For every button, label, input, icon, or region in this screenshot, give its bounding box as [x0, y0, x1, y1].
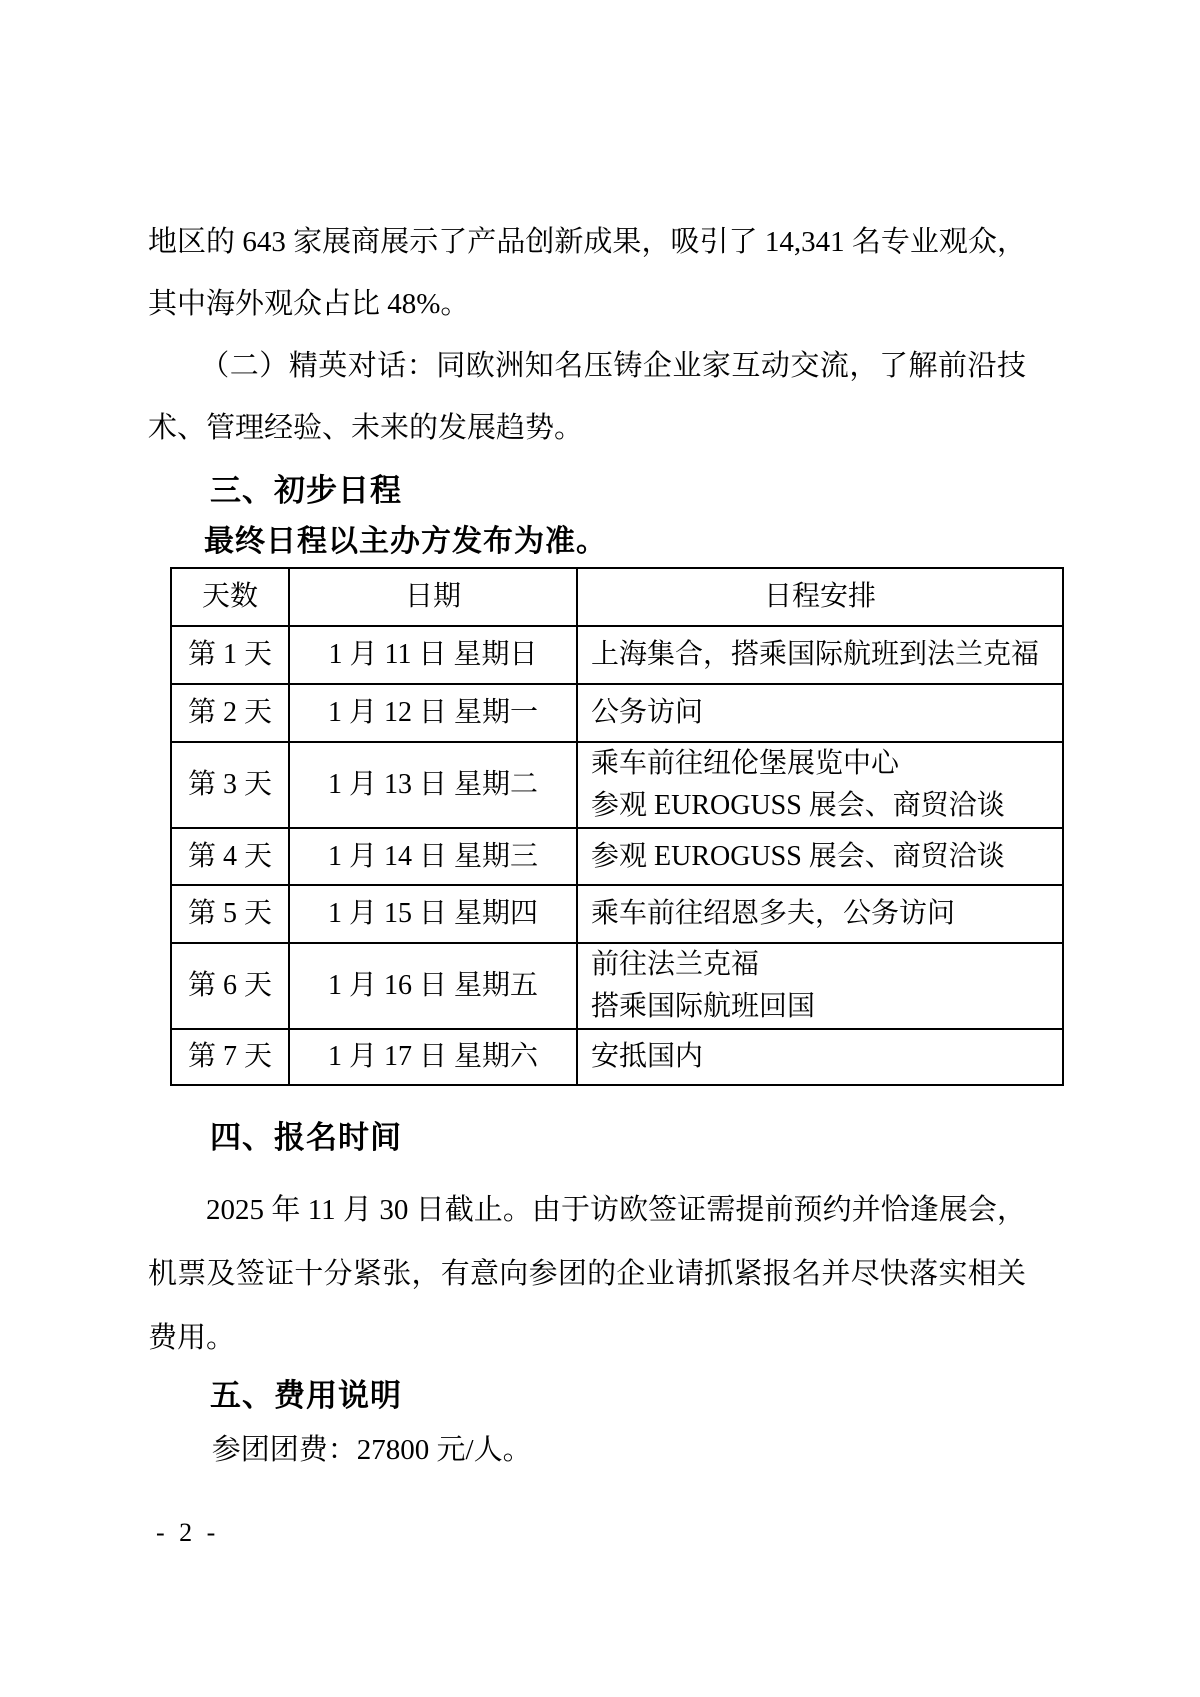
plan-line: 参观 EUROGUSS 展会、商贸洽谈	[591, 785, 1056, 827]
day-cell: 第 5 天	[171, 885, 289, 943]
date-cell: 1 月 16 日 星期五	[289, 943, 577, 1029]
table-row: 第 2 天 1 月 12 日 星期一 公务访问	[171, 684, 1063, 742]
table-row: 第 5 天 1 月 15 日 星期四 乘车前往绍恩多夫，公务访问	[171, 885, 1063, 943]
plan-cell: 公务访问	[577, 684, 1063, 742]
section5-fee: 参团团费：27800 元/人。	[148, 1422, 1026, 1478]
table-header-row: 天数 日期 日程安排	[171, 568, 1063, 626]
plan-line: 公务访问	[591, 692, 1056, 734]
plan-line: 前往法兰克福	[591, 944, 1056, 986]
date-cell: 1 月 12 日 星期一	[289, 684, 577, 742]
section3-title: 三、初步日程	[148, 465, 1026, 517]
paragraph-elite-dialogue: （二）精英对话：同欧洲知名压铸企业家互动交流，了解前沿技术、管理经验、未来的发展…	[148, 335, 1026, 459]
date-cell: 1 月 15 日 星期四	[289, 885, 577, 943]
table-row: 第 7 天 1 月 17 日 星期六 安抵国内	[171, 1029, 1063, 1085]
day-cell: 第 7 天	[171, 1029, 289, 1085]
plan-line: 搭乘国际航班回国	[591, 986, 1056, 1028]
plan-cell: 上海集合，搭乘国际航班到法兰克福	[577, 626, 1063, 684]
table-row: 第 6 天 1 月 16 日 星期五 前往法兰克福 搭乘国际航班回国	[171, 943, 1063, 1029]
date-cell: 1 月 14 日 星期三	[289, 828, 577, 885]
paragraph-exhibition-stats: 地区的 643 家展商展示了产品创新成果，吸引了 14,341 名专业观众，其中…	[148, 211, 1026, 335]
date-cell: 1 月 11 日 星期日	[289, 626, 577, 684]
plan-cell: 参观 EUROGUSS 展会、商贸洽谈	[577, 828, 1063, 885]
plan-cell: 安抵国内	[577, 1029, 1063, 1085]
plan-cell: 前往法兰克福 搭乘国际航班回国	[577, 943, 1063, 1029]
itinerary-table: 天数 日期 日程安排 第 1 天 1 月 11 日 星期日 上海集合，搭乘国际航…	[170, 567, 1064, 1086]
plan-cell: 乘车前往纽伦堡展览中心 参观 EUROGUSS 展会、商贸洽谈	[577, 742, 1063, 828]
plan-line: 上海集合，搭乘国际航班到法兰克福	[591, 634, 1056, 676]
plan-line: 安抵国内	[591, 1036, 1056, 1078]
plan-line: 乘车前往绍恩多夫，公务访问	[591, 893, 1056, 935]
section4-paragraph: 2025 年 11 月 30 日截止。由于访欧签证需提前预约并恰逢展会，机票及签…	[148, 1178, 1026, 1370]
document-page: 地区的 643 家展商展示了产品创新成果，吸引了 14,341 名专业观众，其中…	[0, 0, 1200, 1697]
table-row: 第 4 天 1 月 14 日 星期三 参观 EUROGUSS 展会、商贸洽谈	[171, 828, 1063, 885]
section4-title: 四、报名时间	[148, 1112, 1026, 1164]
day-cell: 第 3 天	[171, 742, 289, 828]
date-cell: 1 月 13 日 星期二	[289, 742, 577, 828]
date-cell: 1 月 17 日 星期六	[289, 1029, 577, 1085]
plan-line: 参观 EUROGUSS 展会、商贸洽谈	[591, 836, 1056, 878]
section5-title: 五、费用说明	[148, 1370, 1026, 1422]
header-date: 日期	[289, 568, 577, 626]
document-body: 地区的 643 家展商展示了产品创新成果，吸引了 14,341 名专业观众，其中…	[148, 211, 1026, 1478]
day-cell: 第 2 天	[171, 684, 289, 742]
day-cell: 第 6 天	[171, 943, 289, 1029]
day-cell: 第 4 天	[171, 828, 289, 885]
day-cell: 第 1 天	[171, 626, 289, 684]
header-day: 天数	[171, 568, 289, 626]
page-number: - 2 -	[156, 1518, 219, 1548]
table-row: 第 3 天 1 月 13 日 星期二 乘车前往纽伦堡展览中心 参观 EUROGU…	[171, 742, 1063, 828]
plan-cell: 乘车前往绍恩多夫，公务访问	[577, 885, 1063, 943]
header-plan: 日程安排	[577, 568, 1063, 626]
plan-line: 乘车前往纽伦堡展览中心	[591, 743, 1056, 785]
table-row: 第 1 天 1 月 11 日 星期日 上海集合，搭乘国际航班到法兰克福	[171, 626, 1063, 684]
section3-note: 最终日程以主办方发布为准。	[148, 517, 1026, 567]
